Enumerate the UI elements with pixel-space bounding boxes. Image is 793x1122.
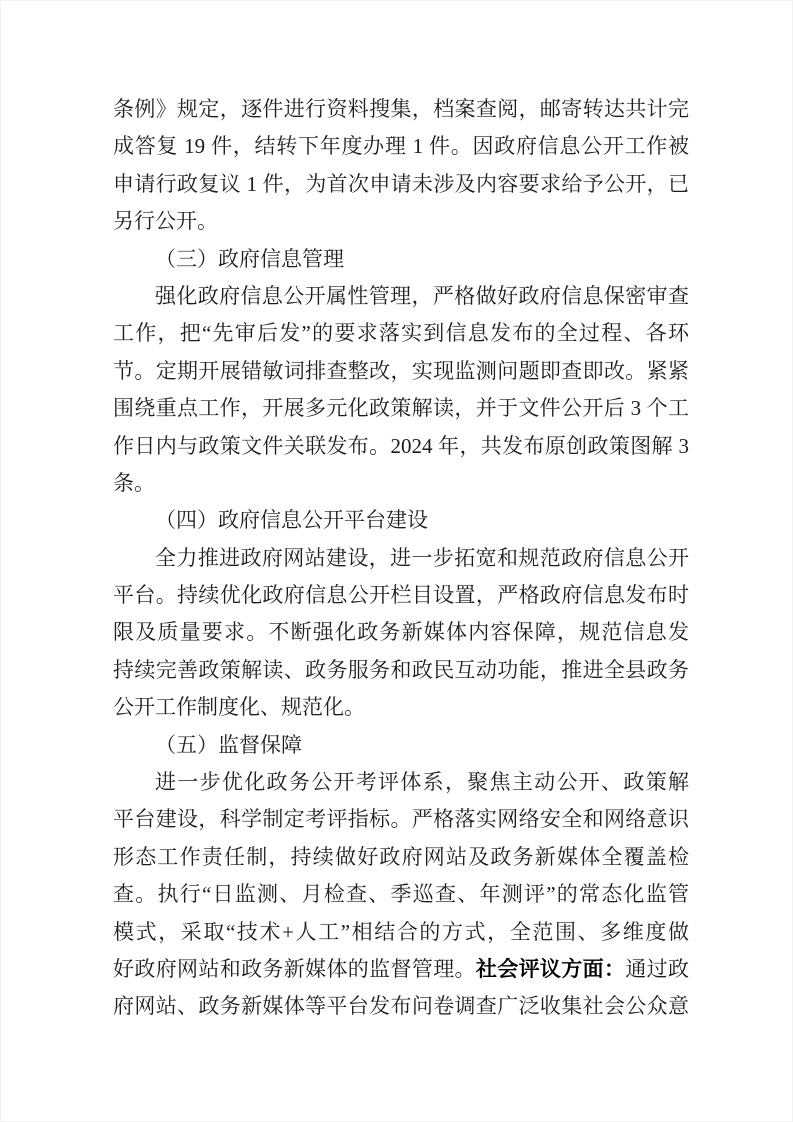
text-segment: 强化政府信息公开属性管理，严格做好政府信息保密审查 [155, 284, 689, 308]
text-segment: （三）政府信息管理 [155, 247, 344, 271]
text-line: 持续完善政策解读、政务服务和政民互动功能，推进全县政务 [113, 652, 689, 689]
document-body: 条例》规定，逐件进行资料搜集，档案查阅，邮寄转达共计完成答复 19 件，结转下年… [113, 91, 689, 1026]
text-segment: 平台建设，科学制定考评指标。严格落实网络安全和网络意识 [113, 807, 689, 831]
text-segment: 工作，把“先审后发”的要求落实到信息发布的全过程、各环 [113, 321, 689, 345]
text-line: 限及质量要求。不断强化政务新媒体内容保障，规范信息发布， [113, 614, 689, 651]
text-line: 围绕重点工作，开展多元化政策解读，并于文件公开后 3 个工 [113, 390, 689, 427]
text-line: 形态工作责任制，持续做好政府网站及政务新媒体全覆盖检 [113, 839, 689, 876]
text-line: 平台。持续优化政府信息公开栏目设置，严格政府信息发布时 [113, 577, 689, 614]
section-heading-line: （四）政府信息公开平台建设 [113, 502, 689, 539]
text-segment: 另行公开。 [113, 209, 218, 233]
text-segment: （五）监督保障 [155, 733, 302, 757]
text-line: 条。 [113, 465, 689, 502]
text-segment: （四）政府信息公开平台建设 [155, 508, 428, 532]
section-heading-line: （五）监督保障 [113, 727, 689, 764]
bold-emphasis: 社会评议方面： [476, 957, 625, 981]
text-line: 公开工作制度化、规范化。 [113, 689, 689, 726]
text-segment: 进一步优化政务公开考评体系，聚焦主动公开、政策解读、 [113, 770, 689, 801]
text-segment: 持续完善政策解读、政务服务和政民互动功能，推进全县政务 [113, 658, 689, 682]
text-line: 成答复 19 件，结转下年度办理 1 件。因政府信息公开工作被 [113, 128, 689, 165]
text-segment: 条。 [113, 471, 155, 495]
text-segment: 好政府网站和政务新媒体的监督管理。 [113, 957, 476, 981]
text-line: 条例》规定，逐件进行资料搜集，档案查阅，邮寄转达共计完 [113, 91, 689, 128]
text-segment: 作日内与政策文件关联发布。2024 年，共发布原创政策图解 3 [113, 434, 689, 458]
text-segment: 查。执行“日监测、月检查、季巡查、年测评”的常态化监管 [113, 882, 689, 906]
text-segment: 公开工作制度化、规范化。 [113, 695, 365, 719]
text-segment: 形态工作责任制，持续做好政府网站及政务新媒体全覆盖检 [113, 845, 689, 869]
text-segment: 节。定期开展错敏词排查整改，实现监测问题即查即改。紧紧 [113, 359, 689, 383]
text-line: 作日内与政策文件关联发布。2024 年，共发布原创政策图解 3 [113, 428, 689, 465]
text-line: 另行公开。 [113, 203, 689, 240]
text-line: 节。定期开展错敏词排查整改，实现监测问题即查即改。紧紧 [113, 353, 689, 390]
text-segment: 围绕重点工作，开展多元化政策解读，并于文件公开后 3 个工 [113, 396, 689, 420]
text-segment: 条例》规定，逐件进行资料搜集，档案查阅，邮寄转达共计完 [113, 97, 689, 121]
text-line: 平台建设，科学制定考评指标。严格落实网络安全和网络意识 [113, 801, 689, 838]
text-segment: 通过政 [625, 957, 689, 981]
text-line: 强化政府信息公开属性管理，严格做好政府信息保密审查 [113, 278, 689, 315]
text-segment: 府网站、政务新媒体等平台发布问卷调查广泛收集社会公众意 [113, 994, 689, 1018]
text-segment: 申请行政复议 1 件，为首次申请未涉及内容要求给予公开，已 [113, 172, 689, 196]
text-segment: 平台。持续优化政府信息公开栏目设置，严格政府信息发布时 [113, 583, 689, 607]
text-line: 模式，采取“技术+人工”相结合的方式，全范围、多维度做 [113, 914, 689, 951]
section-heading-line: （三）政府信息管理 [113, 241, 689, 278]
text-line: 工作，把“先审后发”的要求落实到信息发布的全过程、各环 [113, 315, 689, 352]
document-page: 条例》规定，逐件进行资料搜集，档案查阅，邮寄转达共计完成答复 19 件，结转下年… [0, 0, 793, 1122]
text-segment: 全力推进政府网站建设，进一步拓宽和规范政府信息公开 [155, 546, 689, 570]
text-segment: 成答复 19 件，结转下年度办理 1 件。因政府信息公开工作被 [113, 134, 689, 158]
text-segment: 模式，采取“技术+人工”相结合的方式，全范围、多维度做 [113, 920, 689, 944]
text-line: 全力推进政府网站建设，进一步拓宽和规范政府信息公开 [113, 540, 689, 577]
text-line: 查。执行“日监测、月检查、季巡查、年测评”的常态化监管 [113, 876, 689, 913]
text-line: 府网站、政务新媒体等平台发布问卷调查广泛收集社会公众意 [113, 988, 689, 1025]
text-line: 好政府网站和政务新媒体的监督管理。社会评议方面：通过政 [113, 951, 689, 988]
text-segment: 限及质量要求。不断强化政务新媒体内容保障，规范信息发布， [113, 620, 689, 651]
text-line: 申请行政复议 1 件，为首次申请未涉及内容要求给予公开，已 [113, 166, 689, 203]
text-line: 进一步优化政务公开考评体系，聚焦主动公开、政策解读、 [113, 764, 689, 801]
